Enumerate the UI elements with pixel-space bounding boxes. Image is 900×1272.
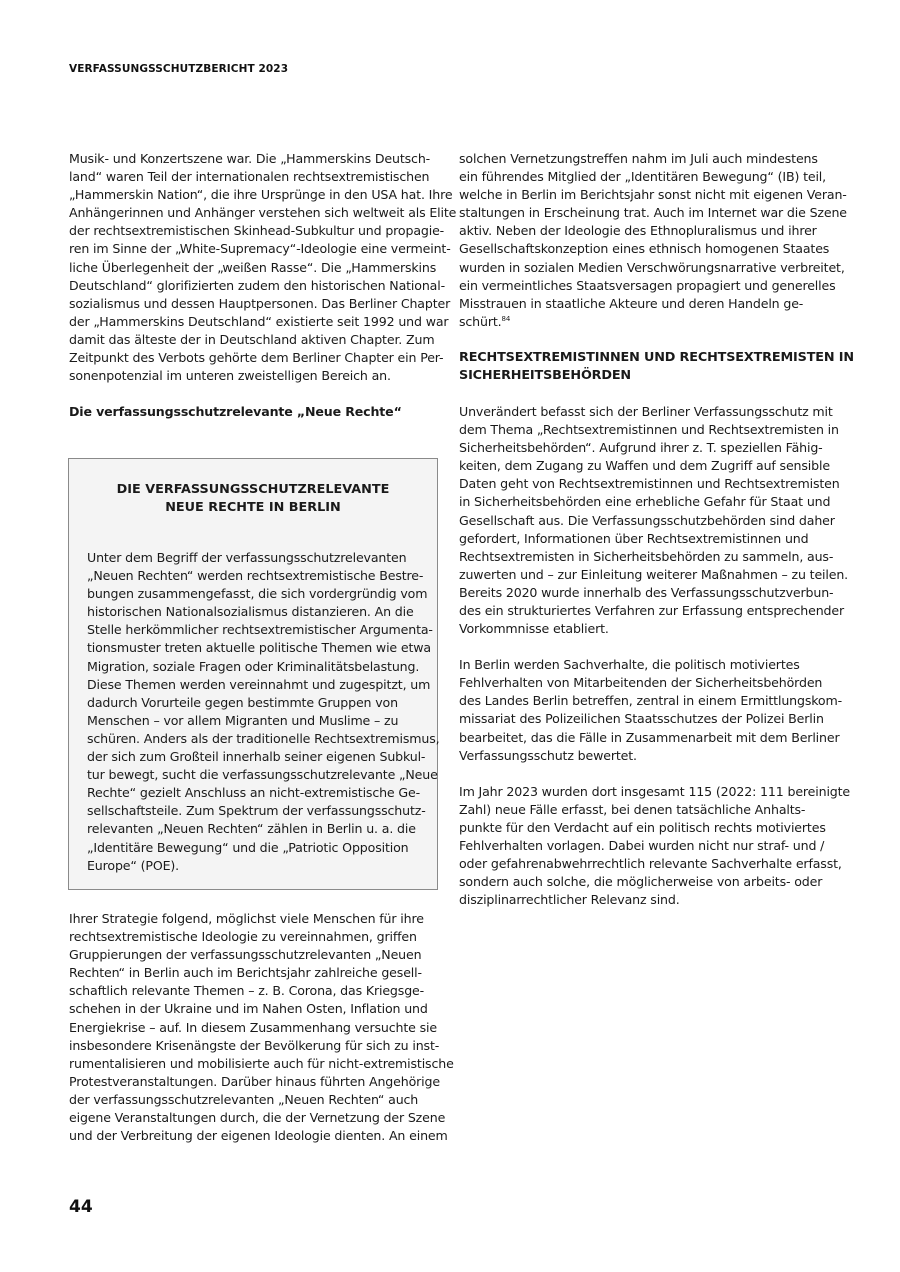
text-line: punkte für den Verdacht auf ein politisc… [459,819,834,837]
text-line: der sich zum Großteil innerhalb seiner e… [87,748,432,766]
text-line: Protestveranstaltungen. Darüber hinaus f… [69,1073,441,1091]
paragraph-sicherheitsbehoerden: Unverändert befasst sich der Berliner Ve… [459,403,834,638]
text-line: „Neuen Rechten“ werden rechtsextremistis… [87,567,432,585]
text-line: bungen zusammengefasst, die sich vorderg… [87,585,432,603]
text-line: bearbeitet, das die Fälle in Zusammenarb… [459,729,834,747]
text-line: ein vermeintliches Staatsversagen propag… [459,277,834,295]
text-line: eigene Veranstaltungen durch, die der Ve… [69,1109,441,1127]
text-line: sellschaftsteile. Zum Spektrum der verfa… [87,802,432,820]
text-line: Rechten“ in Berlin auch im Berichtsjahr … [69,964,441,982]
text-line: Sicherheitsbehörden“. Aufgrund ihrer z. … [459,439,834,457]
footnote-reference[interactable]: 84 [502,315,511,323]
text-line: rechtsextremistische Ideologie zu verein… [69,928,441,946]
text-line: liche Überlegenheit der „weißen Rasse“. … [69,259,441,277]
text-line: Deutschland“ glorifizierten zudem den hi… [69,277,441,295]
text-line: Fehlverhalten vorlagen. Dabei wurden nic… [459,837,834,855]
text-line: Musik- und Konzertszene war. Die „Hammer… [69,150,441,168]
continuation-last-text: schürt. [459,314,502,329]
text-line: sondern auch solche, die möglicherweise … [459,873,834,891]
paragraph-berlin-verfahren: In Berlin werden Sachverhalte, die polit… [459,656,834,765]
section-heading: RECHTSEXTREMISTINNEN UND RECHTSEXTREMIST… [459,349,834,385]
text-line: tur bewegt, sucht die verfassungsschutzr… [87,766,432,784]
text-line: Migration, soziale Fragen oder Kriminali… [87,658,432,676]
text-line: Diese Themen werden vereinnahmt und zuge… [87,676,432,694]
text-line: ein führendes Mitglied der „Identitären … [459,168,834,186]
text-line: tionsmuster treten aktuelle politische T… [87,639,432,657]
text-line: historischen Nationalsozialismus distanz… [87,603,432,621]
text-line: in Sicherheitsbehörden eine erhebliche G… [459,493,834,511]
section-heading-line-1: RECHTSEXTREMISTINNEN UND RECHTSEXTREMIST… [459,349,834,367]
subheading-neue-rechte: Die verfassungsschutzrelevante „Neue Rec… [69,403,441,421]
text-line: Gesellschaftskonzeption eines ethnisch h… [459,240,834,258]
text-line: der „Hammerskins Deutschland“ existierte… [69,313,441,331]
text-line: insbesondere Krisenängste der Bevölkerun… [69,1037,441,1055]
text-line: Rechte“ gezielt Anschluss an nicht-extre… [87,784,432,802]
text-line: Fehlverhalten von Mitarbeitenden der Sic… [459,674,834,692]
text-line: dadurch Vorurteile gegen bestimmte Grupp… [87,694,432,712]
text-line: des Landes Berlin betreffen, zentral in … [459,692,834,710]
strategy-paragraph: Ihrer Strategie folgend, möglichst viele… [69,910,441,1145]
text-line: dem Thema „Rechtsextremistinnen und Rech… [459,421,834,439]
text-line: des ein strukturiertes Verfahren zur Erf… [459,602,834,620]
text-line: Vorkommnisse etabliert. [459,620,834,638]
text-line: schüren. Anders als der traditionelle Re… [87,730,432,748]
text-line: missariat des Polizeilichen Staatsschutz… [459,710,834,728]
continuation-last-line: schürt.84 [459,313,834,331]
text-line: land“ waren Teil der internationalen rec… [69,168,441,186]
text-line: solchen Vernetzungstreffen nahm im Juli … [459,150,834,168]
page-number: 44 [69,1197,93,1217]
text-line: Verfassungsschutz bewertet. [459,747,834,765]
text-line: „Hammerskin Nation“, die ihre Ursprünge … [69,186,441,204]
text-line: Rechtsextremisten in Sicherheitsbehörden… [459,548,834,566]
continuation-paragraph: solchen Vernetzungstreffen nahm im Juli … [459,150,834,331]
infobox-neue-rechte: DIE VERFASSUNGSSCHUTZRELEVANTE NEUE RECH… [68,458,438,890]
infobox-body: Unter dem Begriff der verfassungsschutzr… [87,549,432,875]
text-line: gefordert, Informationen über Rechtsextr… [459,530,834,548]
intro-paragraph: Musik- und Konzertszene war. Die „Hammer… [69,150,441,385]
paragraph-faelle-2023: Im Jahr 2023 wurden dort insgesamt 115 (… [459,783,834,910]
section-heading-line-2: SICHERHEITSBEHÖRDEN [459,367,834,385]
text-line: In Berlin werden Sachverhalte, die polit… [459,656,834,674]
text-line: ren im Sinne der „White-Supremacy“-Ideol… [69,240,441,258]
text-line: Unter dem Begriff der verfassungsschutzr… [87,549,432,567]
text-line: Misstrauen in staatliche Akteure und der… [459,295,834,313]
text-line: sozialismus und dessen Hauptpersonen. Da… [69,295,441,313]
text-line: damit das älteste der in Deutschland akt… [69,331,441,349]
text-line: „Identitäre Bewegung“ und die „Patriotic… [87,839,432,857]
left-column: Musik- und Konzertszene war. Die „Hammer… [69,150,441,421]
text-line: aktiv. Neben der Ideologie des Ethnoplur… [459,222,834,240]
text-line: Gruppierungen der verfassungsschutzrelev… [69,946,441,964]
text-line: zuwerten und – zur Einleitung weiterer M… [459,566,834,584]
text-line: staltungen in Erscheinung trat. Auch im … [459,204,834,222]
infobox-title-line-2: NEUE RECHTE IN BERLIN [69,499,437,517]
text-line: Gesellschaft aus. Die Verfassungsschutzb… [459,512,834,530]
infobox-title: DIE VERFASSUNGSSCHUTZRELEVANTE NEUE RECH… [69,481,437,517]
running-header: VERFASSUNGSSCHUTZBERICHT 2023 [69,63,288,75]
right-column: solchen Vernetzungstreffen nahm im Juli … [459,150,834,927]
text-line: rumentalisieren und mobilisierte auch fü… [69,1055,441,1073]
text-line: oder gefahrenabwehrrechtlich relevante S… [459,855,834,873]
infobox-title-line-1: DIE VERFASSUNGSSCHUTZRELEVANTE [69,481,437,499]
text-line: Ihrer Strategie folgend, möglichst viele… [69,910,441,928]
text-line: disziplinarrechtlicher Relevanz sind. [459,891,834,909]
text-line: Energiekrise – auf. In diesem Zusammenha… [69,1019,441,1037]
left-column-lower: Ihrer Strategie folgend, möglichst viele… [69,910,441,1163]
text-line: sonenpotenzial im unteren zweistelligen … [69,367,441,385]
text-line: Im Jahr 2023 wurden dort insgesamt 115 (… [459,783,834,801]
text-line: der rechtsextremistischen Skinhead-Subku… [69,222,441,240]
text-line: Zeitpunkt des Verbots gehörte dem Berlin… [69,349,441,367]
text-line: der verfassungsschutzrelevanten „Neuen R… [69,1091,441,1109]
text-line: Unverändert befasst sich der Berliner Ve… [459,403,834,421]
text-line: keiten, dem Zugang zu Waffen und dem Zug… [459,457,834,475]
text-line: welche in Berlin im Berichtsjahr sonst n… [459,186,834,204]
text-line: schehen in der Ukraine und im Nahen Oste… [69,1000,441,1018]
text-line: schaftlich relevante Themen – z. B. Coro… [69,982,441,1000]
text-line: Europe“ (POE). [87,857,432,875]
text-line: relevanten „Neuen Rechten“ zählen in Ber… [87,820,432,838]
text-line: Zahl) neue Fälle erfasst, bei denen tats… [459,801,834,819]
text-line: Anhängerinnen und Anhänger verstehen sic… [69,204,441,222]
text-line: Bereits 2020 wurde innerhalb des Verfass… [459,584,834,602]
text-line: Daten geht von Rechtsextremistinnen und … [459,475,834,493]
text-line: wurden in sozialen Medien Verschwörungsn… [459,259,834,277]
text-line: Menschen – vor allem Migranten und Musli… [87,712,432,730]
text-line: und der Verbreitung der eigenen Ideologi… [69,1127,441,1145]
continuation-lines: solchen Vernetzungstreffen nahm im Juli … [459,150,834,313]
text-line: Stelle herkömmlicher rechtsextremistisch… [87,621,432,639]
